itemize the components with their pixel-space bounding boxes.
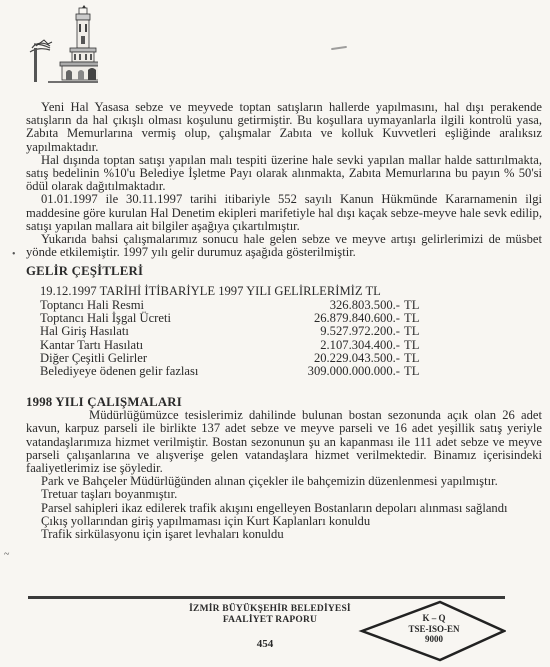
intro-paragraph: Hal dışında toptan satışı yapılan malı t… [26,154,542,194]
income-row: Kantar Tartı Hasılatı2.107.304.400.-TL [40,339,419,352]
income-label: Hal Giriş Hasılatı [40,325,264,338]
intro-paragraph: Yeni Hal Yasasa sebze ve meyvede toptan … [26,101,542,154]
footer-org-title: İZMİR BÜYÜKŞEHİR BELEDİYESİ FAALİYET RAP… [175,604,365,626]
footer-org-line1: İZMİR BÜYÜKŞEHİR BELEDİYESİ [175,604,365,615]
income-heading-block: GELİR ÇEŞİTLERİ [26,265,542,278]
income-unit: TL [400,365,419,378]
certification-badge: K – Q TSE-ISO-EN 9000 [398,613,470,645]
intro-paragraph: Yukarıda bahsi çalışmalarımız sonucu hal… [26,233,542,259]
income-row: Hal Giriş Hasılatı9.527.972.200.-TL [40,325,419,338]
margin-mark: • [12,249,16,260]
income-row: Belediyeye ödenen gelir fazlası309.000.0… [40,365,419,378]
works-section: 1998 YILI ÇALIŞMALARI Müdürlüğümüzce tes… [26,396,542,541]
margin-mark: ~ [4,549,9,560]
footer-org-line2: FAALİYET RAPORU [175,615,365,626]
works-paragraph: Müdürlüğümüzce tesislerimiz dahilinde bu… [26,409,542,475]
page-number: 454 [250,638,280,650]
income-label: Kantar Tartı Hasılatı [40,339,264,352]
income-unit: TL [400,339,419,352]
income-label: Belediyeye ödenen gelir fazlası [40,365,264,378]
cert-line3: 9000 [398,634,470,645]
works-paragraph: Tretuar taşları boyanmıştır. [26,488,542,501]
income-caption: 19.12.1997 TARİHİ İTİBARİYLE 1997 YILI G… [40,285,381,298]
scan-speck [331,46,347,50]
works-paragraph: Parsel sahipleri ikaz edilerek trafik ak… [26,502,542,515]
cert-line1: K – Q [398,613,470,624]
income-table: Toptancı Hali Resmi326.803.500.-TLToptan… [40,299,419,378]
cert-line2: TSE-ISO-EN [398,624,470,635]
income-value: 9.527.972.200.- [264,325,400,338]
footer-rule [28,596,505,599]
income-value: 309.000.000.000.- [264,365,400,378]
works-paragraph: Trafik sirkülasyonu için işaret levhalar… [26,528,542,541]
income-heading: GELİR ÇEŞİTLERİ [26,265,542,278]
intro-section: Yeni Hal Yasasa sebze ve meyvede toptan … [26,101,542,259]
clock-tower-icon [22,4,98,84]
intro-paragraph: 01.01.1997 ile 30.11.1997 tarihi itibari… [26,193,542,233]
income-value: 2.107.304.400.- [264,339,400,352]
income-unit: TL [400,325,419,338]
